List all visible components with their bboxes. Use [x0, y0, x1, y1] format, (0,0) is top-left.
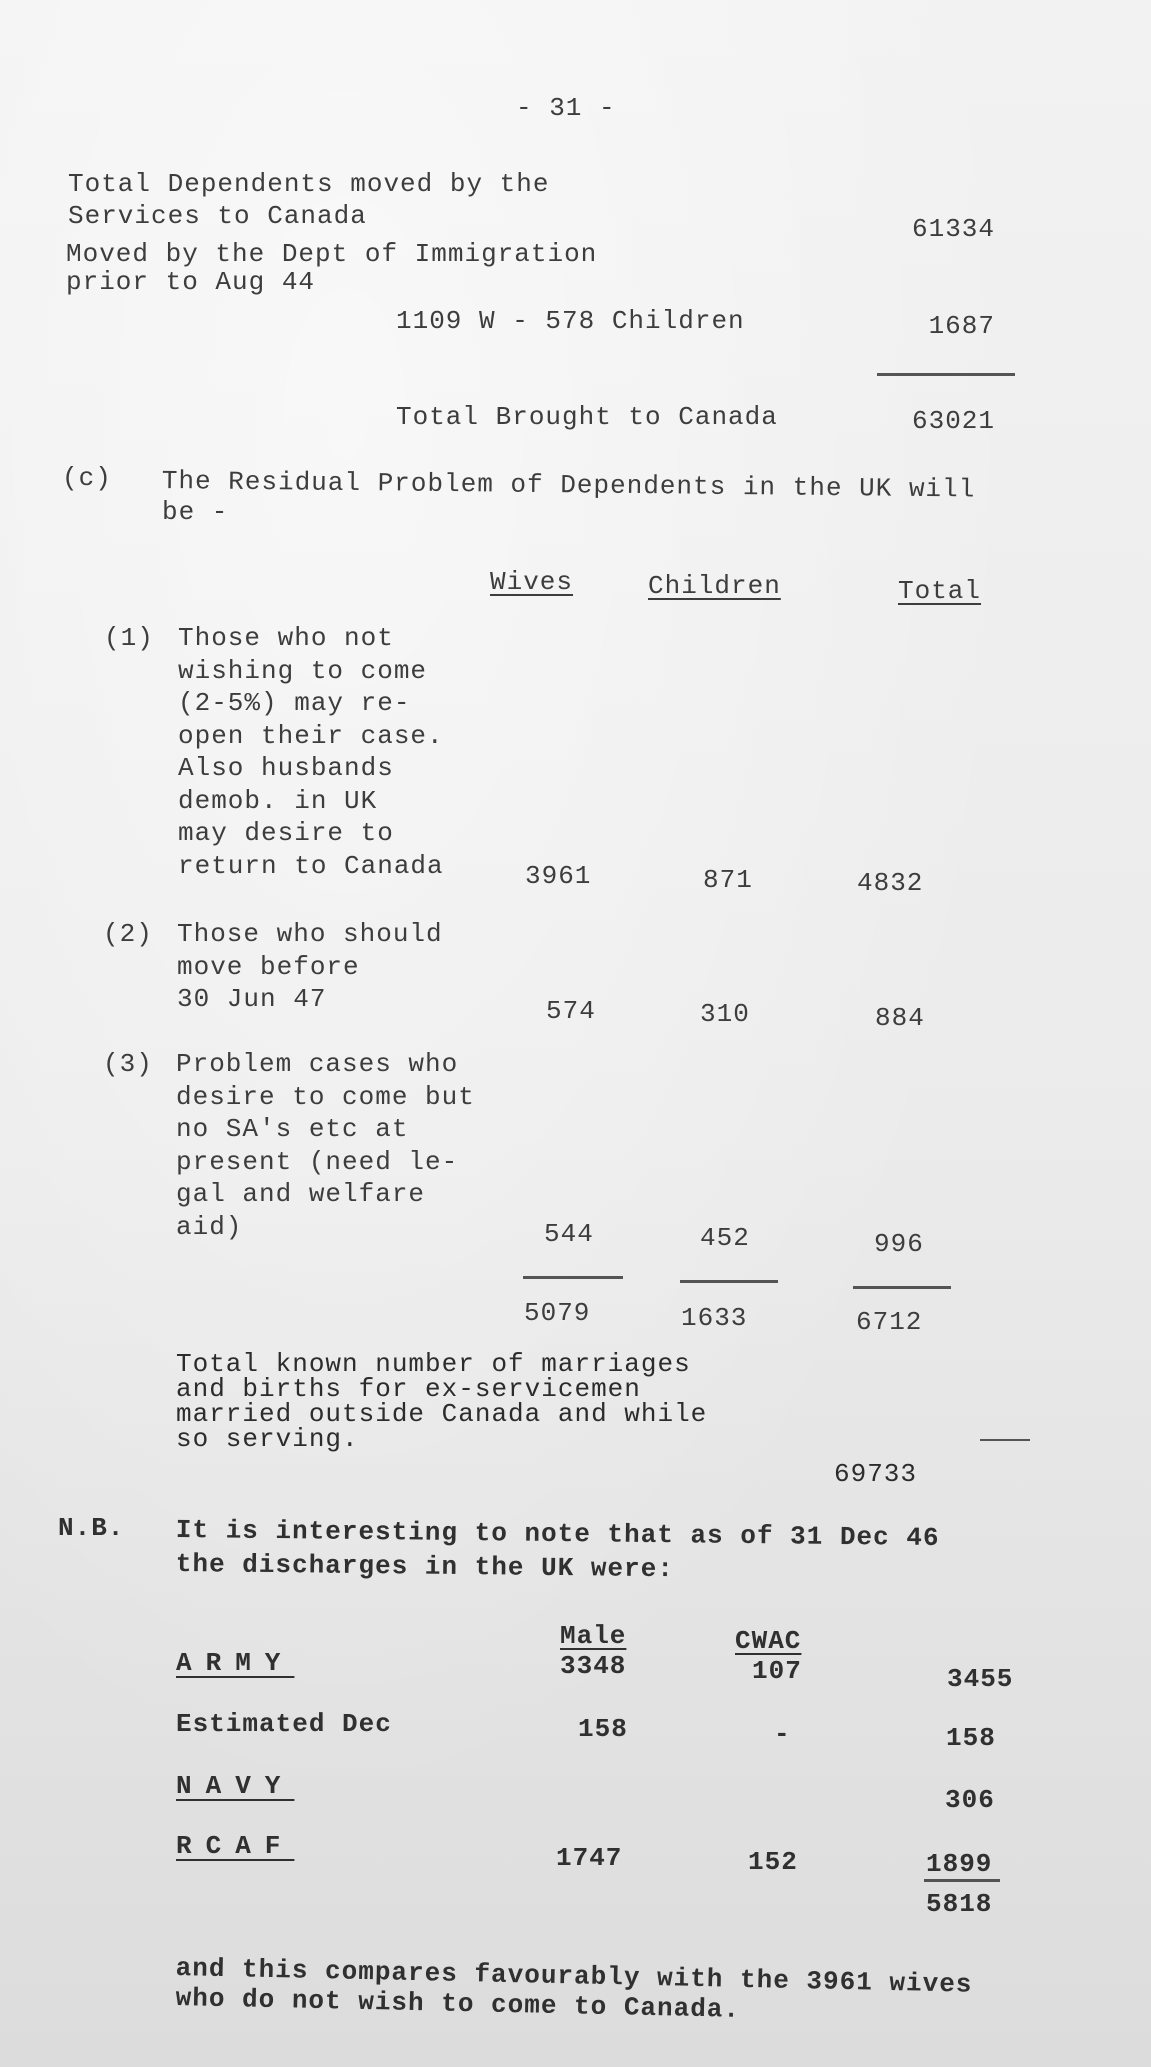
sum-rule	[877, 373, 1015, 376]
immigration-line-2: prior to Aug 44	[66, 266, 315, 298]
row-1-description: Those who not wishing to come (2-5%) may…	[178, 622, 444, 882]
column-header-wives: Wives	[490, 566, 573, 598]
row-1-children: 871	[703, 864, 753, 896]
rcaf-label: RCAF	[176, 1830, 294, 1862]
estimated-dec-male: 158	[578, 1713, 628, 1745]
section-c-heading-1: The Residual Problem of Dependents in th…	[162, 465, 976, 506]
rcaf-male: 1747	[556, 1842, 622, 1874]
row-2-children: 310	[700, 998, 750, 1030]
discharges-sum-rule	[924, 1879, 1000, 1882]
row-3-marker: (3)	[103, 1048, 153, 1080]
army-label: ARMY	[176, 1647, 294, 1679]
page-number: - 31 -	[516, 92, 616, 124]
nb-line-2: the discharges in the UK were:	[176, 1548, 674, 1585]
wives-total: 5079	[524, 1297, 590, 1329]
services-total: 61334	[855, 213, 995, 245]
army-total: 3455	[947, 1663, 1013, 1695]
rcaf-total: 1899	[926, 1848, 992, 1880]
row-2-description: Those who should move before 30 Jun 47	[177, 918, 443, 1016]
row-1-total: 4832	[857, 867, 923, 899]
nb-line-1: It is interesting to note that as of 31 …	[176, 1514, 940, 1554]
estimated-dec-cwac: -	[774, 1718, 791, 1750]
column-header-male: Male	[560, 1620, 626, 1652]
total-brought-value: 63021	[855, 405, 995, 437]
estimated-dec-total: 158	[946, 1722, 996, 1754]
column-header-cwac: CWAC	[735, 1625, 801, 1657]
wives-sum-rule	[523, 1276, 623, 1279]
immigration-total: 1687	[855, 310, 995, 342]
row-2-wives: 574	[546, 995, 596, 1027]
known-marriages-text: Total known number of marriages and birt…	[176, 1352, 707, 1452]
nb-marker: N.B.	[58, 1512, 124, 1544]
row-3-description: Problem cases who desire to come but no …	[176, 1048, 475, 1243]
services-line-2: Services to Canada	[68, 200, 367, 232]
stray-rule	[980, 1439, 1030, 1441]
navy-total: 306	[945, 1784, 995, 1816]
estimated-dec-label: Estimated Dec	[176, 1708, 392, 1740]
services-line-1: Total Dependents moved by the	[68, 168, 549, 200]
row-1-marker: (1)	[104, 622, 154, 654]
army-cwac: 107	[752, 1655, 802, 1687]
discharges-grand-total: 5818	[926, 1888, 992, 1920]
total-brought-label: Total Brought to Canada	[396, 401, 778, 433]
row-3-total: 996	[874, 1228, 924, 1260]
section-c-heading-2: be -	[162, 496, 228, 528]
section-c-marker: (c)	[62, 462, 112, 494]
army-male: 3348	[560, 1650, 626, 1682]
row-1-wives: 3961	[525, 860, 591, 892]
row-3-wives: 544	[544, 1218, 594, 1250]
total-sum-rule	[853, 1286, 951, 1289]
column-header-children: Children	[648, 570, 781, 602]
row-2-total: 884	[875, 1002, 925, 1034]
grand-total: 6712	[856, 1306, 922, 1338]
children-sum-rule	[680, 1280, 778, 1283]
rcaf-cwac: 152	[748, 1846, 798, 1878]
column-header-total: Total	[898, 575, 981, 607]
row-2-marker: (2)	[103, 918, 153, 950]
navy-label: NAVY	[176, 1770, 294, 1802]
row-3-children: 452	[700, 1222, 750, 1254]
known-marriages-value: 69733	[834, 1458, 917, 1490]
immigration-detail: 1109 W - 578 Children	[396, 305, 745, 337]
children-total: 1633	[681, 1302, 747, 1334]
